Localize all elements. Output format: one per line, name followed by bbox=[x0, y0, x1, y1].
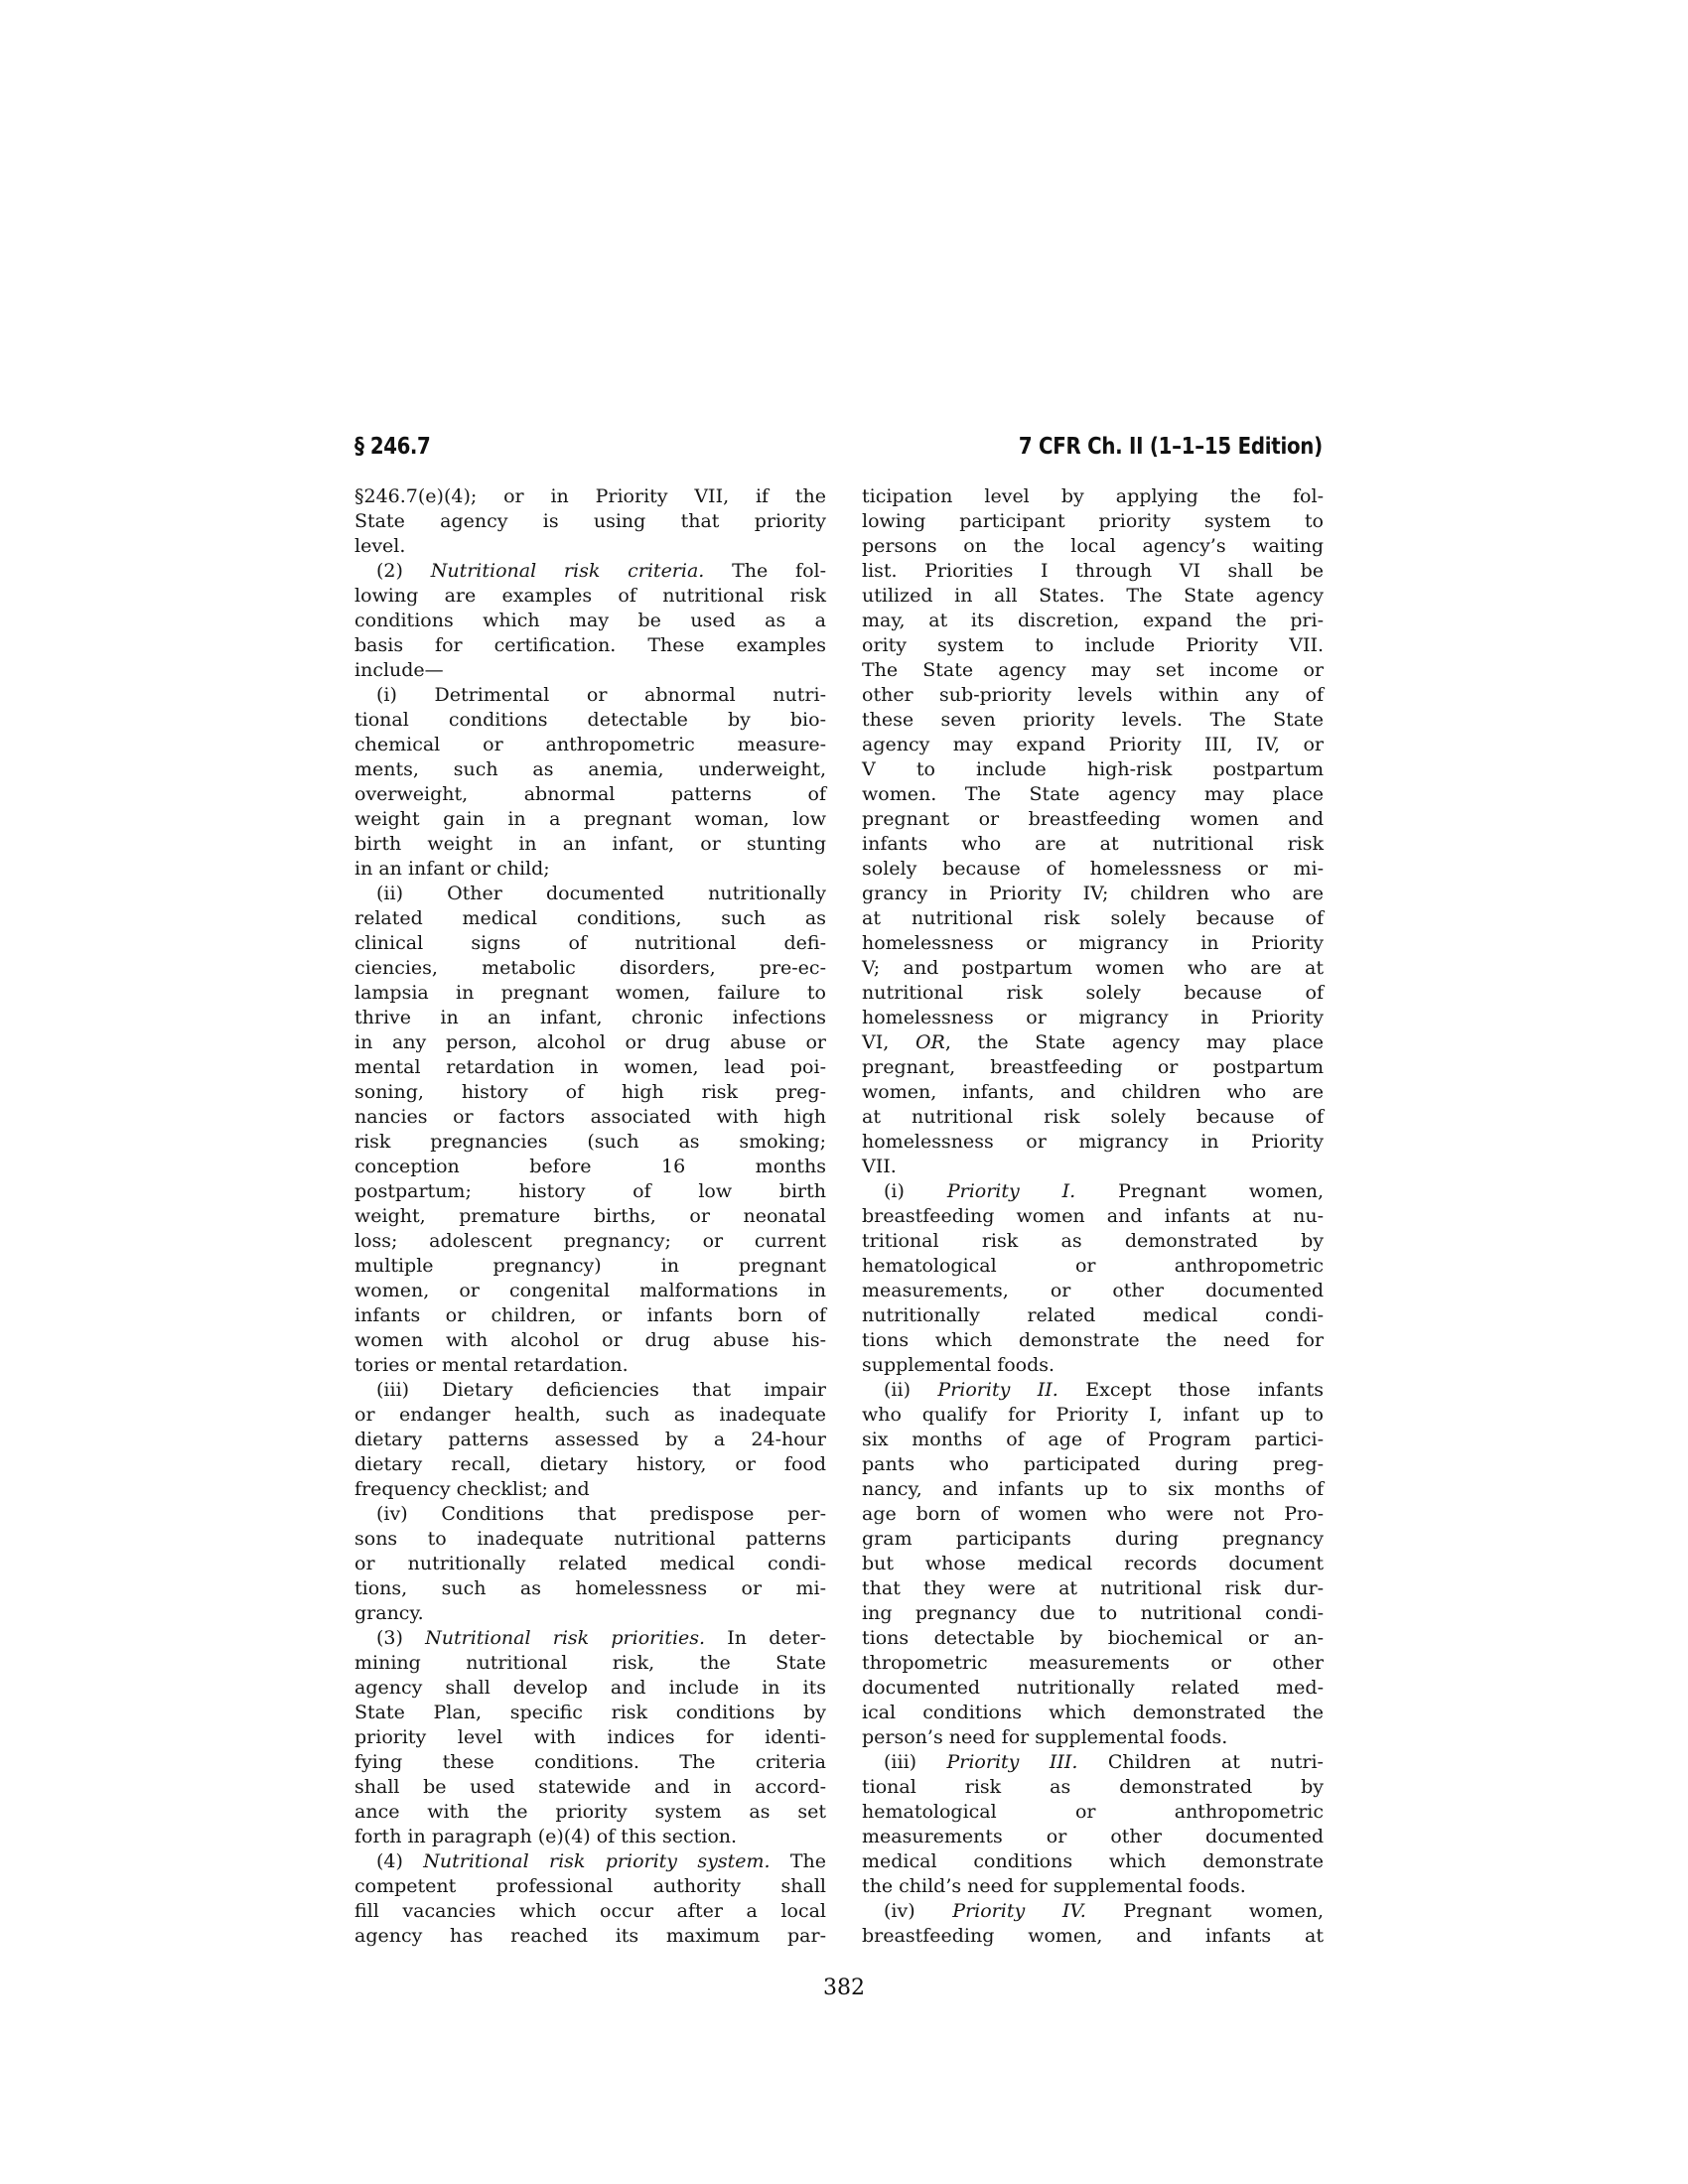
text-run: conditions which may be used as a bbox=[354, 610, 826, 631]
text-run: (2) bbox=[376, 560, 431, 582]
text-line: The State agency may set income or bbox=[862, 658, 1324, 683]
text-run: , the State agency may place bbox=[945, 1031, 1324, 1053]
text-line: related medical conditions, such as bbox=[354, 906, 826, 931]
text-line: basis for certification. These examples bbox=[354, 633, 826, 658]
text-run: sons to inadequate nutritional patterns bbox=[354, 1528, 826, 1550]
text-run: §246.7(e)(4); or in Priority VII, if the bbox=[354, 485, 826, 507]
text-run: priority level with indices for identi- bbox=[354, 1726, 826, 1748]
text-line: soning, history of high risk preg- bbox=[354, 1080, 826, 1105]
text-line: or endanger health, such as inadequate bbox=[354, 1403, 826, 1428]
text-run: agency shall develop and include in its bbox=[354, 1677, 826, 1699]
text-run: tions detectable by biochemical or an- bbox=[862, 1627, 1324, 1649]
text-run: that they were at nutritional risk dur- bbox=[862, 1577, 1324, 1599]
text-line: shall be used statewide and in accord- bbox=[354, 1775, 826, 1800]
text-run: mental retardation in women, lead poi- bbox=[354, 1056, 826, 1078]
text-line: loss; adolescent pregnancy; or current bbox=[354, 1229, 826, 1254]
text-line: multiple pregnancy) in pregnant bbox=[354, 1254, 826, 1279]
text-run: chemical or anthropometric measure- bbox=[354, 734, 826, 755]
text-run: thropometric measurements or other bbox=[862, 1652, 1324, 1674]
text-line: at nutritional risk solely because of bbox=[862, 906, 1324, 931]
text-run: utilized in all States. The State agency bbox=[862, 585, 1324, 607]
text-run: Except those infants bbox=[1058, 1379, 1324, 1401]
text-run: dietary patterns assessed by a 24-hour bbox=[354, 1429, 826, 1450]
text-run: hematological or anthropometric bbox=[862, 1801, 1324, 1823]
text-run: women, or congenital malformations in bbox=[354, 1280, 826, 1301]
text-line: level. bbox=[354, 534, 826, 559]
text-run: birth weight in an infant, or stunting bbox=[354, 833, 826, 855]
text-line: pregnant, breastfeeding or postpartum bbox=[862, 1055, 1324, 1080]
text-line: thropometric measurements or other bbox=[862, 1651, 1324, 1676]
text-run: pants who participated during preg- bbox=[862, 1453, 1324, 1475]
text-run: include— bbox=[354, 659, 444, 681]
text-line: dietary recall, dietary history, or food bbox=[354, 1452, 826, 1477]
text-run: tional risk as demonstrated by bbox=[862, 1776, 1324, 1798]
text-line: nutritional risk solely because of bbox=[862, 981, 1324, 1006]
text-line: overweight, abnormal patterns of bbox=[354, 782, 826, 807]
text-line: person’s need for supplemental foods. bbox=[862, 1725, 1324, 1750]
text-run: hematological or anthropometric bbox=[862, 1255, 1324, 1277]
text-run: may, at its discretion, expand the pri- bbox=[862, 610, 1324, 631]
text-run: shall be used statewide and in accord- bbox=[354, 1776, 826, 1798]
text-run: (i) bbox=[884, 1180, 947, 1202]
text-line: (4) Nutritional risk priority system. Th… bbox=[354, 1849, 826, 1874]
text-line: agency may expand Priority III, IV, or bbox=[862, 733, 1324, 757]
text-line: birth weight in an infant, or stunting bbox=[354, 832, 826, 857]
text-run: ciencies, metabolic disorders, pre-ec- bbox=[354, 957, 826, 979]
text-run: at nutritional risk solely because of bbox=[862, 1106, 1324, 1128]
text-run: fill vacancies which occur after a local bbox=[354, 1900, 826, 1922]
text-line: forth in paragraph (e)(4) of this sectio… bbox=[354, 1825, 826, 1849]
text-run: dietary recall, dietary history, or food bbox=[354, 1453, 826, 1475]
text-line: pants who participated during preg- bbox=[862, 1452, 1324, 1477]
text-line: tories or mental retardation. bbox=[354, 1353, 826, 1378]
text-run: or nutritionally related medical condi- bbox=[354, 1553, 826, 1574]
text-line: pregnant or breastfeeding women and bbox=[862, 807, 1324, 832]
text-run: (ii) bbox=[884, 1379, 937, 1401]
text-run: age born of women who were not Pro- bbox=[862, 1503, 1324, 1525]
text-line: §246.7(e)(4); or in Priority VII, if the bbox=[354, 484, 826, 509]
text-line: weight gain in a pregnant woman, low bbox=[354, 807, 826, 832]
text-run: grancy in Priority IV; children who are bbox=[862, 883, 1324, 904]
text-run: weight gain in a pregnant woman, low bbox=[354, 808, 826, 830]
text-run: overweight, abnormal patterns of bbox=[354, 783, 826, 805]
text-line: dietary patterns assessed by a 24-hour bbox=[354, 1428, 826, 1452]
text-run: Pregnant women, bbox=[1086, 1900, 1324, 1922]
text-line: in an infant or child; bbox=[354, 857, 826, 882]
text-line: (3) Nutritional risk priorities. In dete… bbox=[354, 1626, 826, 1651]
text-run: infants or children, or infants born of bbox=[354, 1304, 826, 1326]
text-run: women with alcohol or drug abuse his- bbox=[354, 1329, 826, 1351]
text-run: (iv) Conditions that predispose per- bbox=[376, 1503, 826, 1525]
text-line: ing pregnancy due to nutritional condi- bbox=[862, 1601, 1324, 1626]
text-run: in any person, alcohol or drug abuse or bbox=[354, 1031, 826, 1053]
text-run: lowing are examples of nutritional risk bbox=[354, 585, 826, 607]
text-line: (i) Priority I. Pregnant women, bbox=[862, 1179, 1324, 1204]
italic-heading: Nutritional risk priorities. bbox=[425, 1627, 705, 1649]
text-line: may, at its discretion, expand the pri- bbox=[862, 609, 1324, 633]
text-run: (3) bbox=[376, 1627, 425, 1649]
text-run: ance with the priority system as set bbox=[354, 1801, 826, 1823]
text-run: person’s need for supplemental foods. bbox=[862, 1726, 1227, 1748]
page-number: 382 bbox=[0, 1976, 1688, 2000]
text-line: (iv) Priority IV. Pregnant women, bbox=[862, 1899, 1324, 1924]
text-run: women, infants, and children who are bbox=[862, 1081, 1324, 1103]
text-run: or endanger health, such as inadequate bbox=[354, 1404, 826, 1426]
text-run: thrive in an infant, chronic infections bbox=[354, 1007, 826, 1028]
text-run: tions which demonstrate the need for bbox=[862, 1329, 1324, 1351]
text-line: chemical or anthropometric measure- bbox=[354, 733, 826, 757]
text-run: grancy. bbox=[354, 1602, 424, 1624]
text-line: but whose medical records document bbox=[862, 1552, 1324, 1576]
text-run: The bbox=[771, 1850, 826, 1872]
text-line: infants who are at nutritional risk bbox=[862, 832, 1324, 857]
italic-heading: Nutritional risk criteria. bbox=[431, 560, 705, 582]
text-run: (iii) Dietary deficiencies that impair bbox=[376, 1379, 826, 1401]
text-line: nutritionally related medical condi- bbox=[862, 1303, 1324, 1328]
text-line: grancy. bbox=[354, 1601, 826, 1626]
text-line: documented nutritionally related med- bbox=[862, 1676, 1324, 1701]
italic-heading: Priority II. bbox=[937, 1379, 1057, 1401]
text-run: tional conditions detectable by bio- bbox=[354, 709, 826, 731]
text-line: nancies or factors associated with high bbox=[354, 1105, 826, 1130]
text-line: at nutritional risk solely because of bbox=[862, 1105, 1324, 1130]
text-run: other sub-priority levels within any of bbox=[862, 684, 1324, 706]
text-run: list. Priorities I through VI shall be bbox=[862, 560, 1324, 582]
text-line: breastfeeding women and infants at nu- bbox=[862, 1204, 1324, 1229]
text-run: pregnant or breastfeeding women and bbox=[862, 808, 1324, 830]
text-run: ticipation level by applying the fol- bbox=[862, 485, 1324, 507]
text-run: the child’s need for supplemental foods. bbox=[862, 1875, 1246, 1897]
text-line: (2) Nutritional risk criteria. The fol- bbox=[354, 559, 826, 584]
text-line: homelessness or migrancy in Priority bbox=[862, 931, 1324, 956]
text-line: tions detectable by biochemical or an- bbox=[862, 1626, 1324, 1651]
text-line: ance with the priority system as set bbox=[354, 1800, 826, 1825]
text-run: risk pregnancies (such as smoking; bbox=[354, 1131, 826, 1153]
text-run: ments, such as anemia, underweight, bbox=[354, 758, 826, 780]
text-line: the child’s need for supplemental foods. bbox=[862, 1874, 1324, 1899]
text-run: Children at nutri- bbox=[1077, 1751, 1324, 1773]
text-run: in an infant or child; bbox=[354, 858, 550, 880]
text-line: ments, such as anemia, underweight, bbox=[354, 757, 826, 782]
text-line: ority system to include Priority VII. bbox=[862, 633, 1324, 658]
text-line: persons on the local agency’s waiting bbox=[862, 534, 1324, 559]
text-line: agency shall develop and include in its bbox=[354, 1676, 826, 1701]
text-run: basis for certification. These examples bbox=[354, 634, 826, 656]
text-run: agency has reached its maximum par- bbox=[354, 1925, 826, 1947]
text-run: measurements or other documented bbox=[862, 1826, 1324, 1847]
text-line: ical conditions which demonstrated the bbox=[862, 1701, 1324, 1725]
text-line: V; and postpartum women who are at bbox=[862, 956, 1324, 981]
text-line: lowing participant priority system to bbox=[862, 509, 1324, 534]
italic-heading: Priority III. bbox=[946, 1751, 1077, 1773]
text-line: tritional risk as demonstrated by bbox=[862, 1229, 1324, 1254]
text-line: these seven priority levels. The State bbox=[862, 708, 1324, 733]
text-line: fill vacancies which occur after a local bbox=[354, 1899, 826, 1924]
text-run: supplemental foods. bbox=[862, 1354, 1055, 1376]
text-run: (4) bbox=[376, 1850, 423, 1872]
text-run: multiple pregnancy) in pregnant bbox=[354, 1255, 826, 1277]
text-run: measurements, or other documented bbox=[862, 1280, 1324, 1301]
text-run: loss; adolescent pregnancy; or current bbox=[354, 1230, 826, 1252]
text-run: State agency is using that priority bbox=[354, 510, 826, 532]
text-line: (iii) Dietary deficiencies that impair bbox=[354, 1378, 826, 1403]
text-line: V to include high-risk postpartum bbox=[862, 757, 1324, 782]
text-run: who qualify for Priority I, infant up to bbox=[862, 1404, 1324, 1426]
text-run: but whose medical records document bbox=[862, 1553, 1324, 1574]
text-line: sons to inadequate nutritional patterns bbox=[354, 1527, 826, 1552]
text-run: mining nutritional risk, the State bbox=[354, 1652, 826, 1674]
text-line: (iii) Priority III. Children at nutri- bbox=[862, 1750, 1324, 1775]
italic-heading: OR bbox=[915, 1031, 945, 1053]
text-line: mental retardation in women, lead poi- bbox=[354, 1055, 826, 1080]
text-line: hematological or anthropometric bbox=[862, 1800, 1324, 1825]
text-run: VI, bbox=[862, 1031, 915, 1053]
text-line: solely because of homelessness or mi- bbox=[862, 857, 1324, 882]
text-line: measurements or other documented bbox=[862, 1825, 1324, 1849]
text-line: breastfeeding women, and infants at bbox=[862, 1924, 1324, 1949]
text-line: measurements, or other documented bbox=[862, 1279, 1324, 1303]
text-run: persons on the local agency’s waiting bbox=[862, 535, 1324, 557]
text-line: priority level with indices for identi- bbox=[354, 1725, 826, 1750]
text-run: Pregnant women, bbox=[1075, 1180, 1324, 1202]
text-line: hematological or anthropometric bbox=[862, 1254, 1324, 1279]
text-run: weight, premature births, or neonatal bbox=[354, 1205, 826, 1227]
text-line: nancy, and infants up to six months of bbox=[862, 1477, 1324, 1502]
running-header: § 246.7 7 CFR Ch. II (1–1–15 Edition) bbox=[354, 434, 1323, 470]
text-run: tritional risk as demonstrated by bbox=[862, 1230, 1324, 1252]
text-line: in any person, alcohol or drug abuse or bbox=[354, 1030, 826, 1055]
text-run: (iii) bbox=[884, 1751, 946, 1773]
text-line: six months of age of Program partici- bbox=[862, 1428, 1324, 1452]
text-run: nancies or factors associated with high bbox=[354, 1106, 826, 1128]
text-run: infants who are at nutritional risk bbox=[862, 833, 1324, 855]
text-line: State agency is using that priority bbox=[354, 509, 826, 534]
text-line: tional risk as demonstrated by bbox=[862, 1775, 1324, 1800]
text-run: ical conditions which demonstrated the bbox=[862, 1702, 1324, 1723]
text-run: (ii) Other documented nutritionally bbox=[376, 883, 826, 904]
text-run: (i) Detrimental or abnormal nutri- bbox=[376, 684, 826, 706]
text-line: tions, such as homelessness or mi- bbox=[354, 1576, 826, 1601]
text-run: documented nutritionally related med- bbox=[862, 1677, 1324, 1699]
text-run: nutritional risk solely because of bbox=[862, 982, 1324, 1004]
text-run: ing pregnancy due to nutritional condi- bbox=[862, 1602, 1324, 1624]
text-run: competent professional authority shall bbox=[354, 1875, 826, 1897]
text-line: risk pregnancies (such as smoking; bbox=[354, 1130, 826, 1155]
text-run: breastfeeding women and infants at nu- bbox=[862, 1205, 1324, 1227]
text-line: tions which demonstrate the need for bbox=[862, 1328, 1324, 1353]
text-line: utilized in all States. The State agency bbox=[862, 584, 1324, 609]
text-line: weight, premature births, or neonatal bbox=[354, 1204, 826, 1229]
text-run: pregnant, breastfeeding or postpartum bbox=[862, 1056, 1324, 1078]
text-line: (iv) Conditions that predispose per- bbox=[354, 1502, 826, 1527]
text-run: at nutritional risk solely because of bbox=[862, 907, 1324, 929]
text-run: V; and postpartum women who are at bbox=[862, 957, 1324, 979]
text-line: list. Priorities I through VI shall be bbox=[862, 559, 1324, 584]
text-run: gram participants during pregnancy bbox=[862, 1528, 1324, 1550]
text-run: postpartum; history of low birth bbox=[354, 1180, 826, 1202]
text-run: tories or mental retardation. bbox=[354, 1354, 629, 1376]
text-run: nancy, and infants up to six months of bbox=[862, 1478, 1324, 1500]
text-run: conception before 16 months bbox=[354, 1156, 826, 1177]
italic-heading: Nutritional risk priority system. bbox=[423, 1850, 770, 1872]
cfr-edition-header: 7 CFR Ch. II (1–1–15 Edition) bbox=[1019, 434, 1323, 460]
text-line: thrive in an infant, chronic infections bbox=[354, 1006, 826, 1030]
text-line: competent professional authority shall bbox=[354, 1874, 826, 1899]
text-run: V to include high-risk postpartum bbox=[862, 758, 1324, 780]
italic-heading: Priority I. bbox=[947, 1180, 1075, 1202]
text-run: homelessness or migrancy in Priority bbox=[862, 932, 1324, 954]
text-run: frequency checklist; and bbox=[354, 1478, 590, 1500]
text-line: lampsia in pregnant women, failure to bbox=[354, 981, 826, 1006]
text-line: VI, OR, the State agency may place bbox=[862, 1030, 1324, 1055]
text-run: lowing participant priority system to bbox=[862, 510, 1324, 532]
text-line: or nutritionally related medical condi- bbox=[354, 1552, 826, 1576]
text-line: conception before 16 months bbox=[354, 1155, 826, 1179]
text-run: breastfeeding women, and infants at bbox=[862, 1925, 1324, 1947]
text-run: The State agency may set income or bbox=[862, 659, 1324, 681]
text-line: gram participants during pregnancy bbox=[862, 1527, 1324, 1552]
text-run: nutritionally related medical condi- bbox=[862, 1304, 1324, 1326]
text-line: age born of women who were not Pro- bbox=[862, 1502, 1324, 1527]
right-text-column: ticipation level by applying the fol-low… bbox=[862, 484, 1324, 1949]
text-line: other sub-priority levels within any of bbox=[862, 683, 1324, 708]
text-line: mining nutritional risk, the State bbox=[354, 1651, 826, 1676]
text-line: postpartum; history of low birth bbox=[354, 1179, 826, 1204]
left-text-column: §246.7(e)(4); or in Priority VII, if the… bbox=[354, 484, 826, 1949]
text-line: ciencies, metabolic disorders, pre-ec- bbox=[354, 956, 826, 981]
text-line: State Plan, specific risk conditions by bbox=[354, 1701, 826, 1725]
italic-heading: Priority IV. bbox=[952, 1900, 1086, 1922]
text-line: agency has reached its maximum par- bbox=[354, 1924, 826, 1949]
text-run: State Plan, specific risk conditions by bbox=[354, 1702, 826, 1723]
text-line: (ii) Priority II. Except those infants bbox=[862, 1378, 1324, 1403]
text-line: (ii) Other documented nutritionally bbox=[354, 882, 826, 906]
text-run: homelessness or migrancy in Priority bbox=[862, 1007, 1324, 1028]
text-line: homelessness or migrancy in Priority bbox=[862, 1130, 1324, 1155]
text-line: women, infants, and children who are bbox=[862, 1080, 1324, 1105]
text-line: tional conditions detectable by bio- bbox=[354, 708, 826, 733]
text-line: women with alcohol or drug abuse his- bbox=[354, 1328, 826, 1353]
text-line: frequency checklist; and bbox=[354, 1477, 826, 1502]
text-run: ority system to include Priority VII. bbox=[862, 634, 1324, 656]
text-run: tions, such as homelessness or mi- bbox=[354, 1577, 826, 1599]
text-run: women. The State agency may place bbox=[862, 783, 1324, 805]
text-run: forth in paragraph (e)(4) of this sectio… bbox=[354, 1826, 737, 1847]
text-line: that they were at nutritional risk dur- bbox=[862, 1576, 1324, 1601]
text-line: homelessness or migrancy in Priority bbox=[862, 1006, 1324, 1030]
text-line: infants or children, or infants born of bbox=[354, 1303, 826, 1328]
text-run: (iv) bbox=[884, 1900, 952, 1922]
text-run: level. bbox=[354, 535, 405, 557]
text-line: women, or congenital malformations in bbox=[354, 1279, 826, 1303]
text-line: medical conditions which demonstrate bbox=[862, 1849, 1324, 1874]
text-line: women. The State agency may place bbox=[862, 782, 1324, 807]
text-run: agency may expand Priority III, IV, or bbox=[862, 734, 1324, 755]
text-run: medical conditions which demonstrate bbox=[862, 1850, 1324, 1872]
text-run: soning, history of high risk preg- bbox=[354, 1081, 826, 1103]
text-line: grancy in Priority IV; children who are bbox=[862, 882, 1324, 906]
text-line: lowing are examples of nutritional risk bbox=[354, 584, 826, 609]
text-run: solely because of homelessness or mi- bbox=[862, 858, 1324, 880]
text-run: homelessness or migrancy in Priority bbox=[862, 1131, 1324, 1153]
text-run: The fol- bbox=[704, 560, 826, 582]
text-line: fying these conditions. The criteria bbox=[354, 1750, 826, 1775]
text-line: who qualify for Priority I, infant up to bbox=[862, 1403, 1324, 1428]
text-line: VII. bbox=[862, 1155, 1324, 1179]
text-run: related medical conditions, such as bbox=[354, 907, 826, 929]
text-run: fying these conditions. The criteria bbox=[354, 1751, 826, 1773]
text-line: conditions which may be used as a bbox=[354, 609, 826, 633]
text-line: clinical signs of nutritional defi- bbox=[354, 931, 826, 956]
text-run: In deter- bbox=[705, 1627, 826, 1649]
text-run: these seven priority levels. The State bbox=[862, 709, 1324, 731]
text-line: (i) Detrimental or abnormal nutri- bbox=[354, 683, 826, 708]
text-run: lampsia in pregnant women, failure to bbox=[354, 982, 826, 1004]
text-run: six months of age of Program partici- bbox=[862, 1429, 1324, 1450]
text-run: clinical signs of nutritional defi- bbox=[354, 932, 826, 954]
text-line: include— bbox=[354, 658, 826, 683]
section-number-header: § 246.7 bbox=[354, 434, 430, 460]
text-line: ticipation level by applying the fol- bbox=[862, 484, 1324, 509]
text-run: VII. bbox=[862, 1156, 897, 1177]
text-line: supplemental foods. bbox=[862, 1353, 1324, 1378]
